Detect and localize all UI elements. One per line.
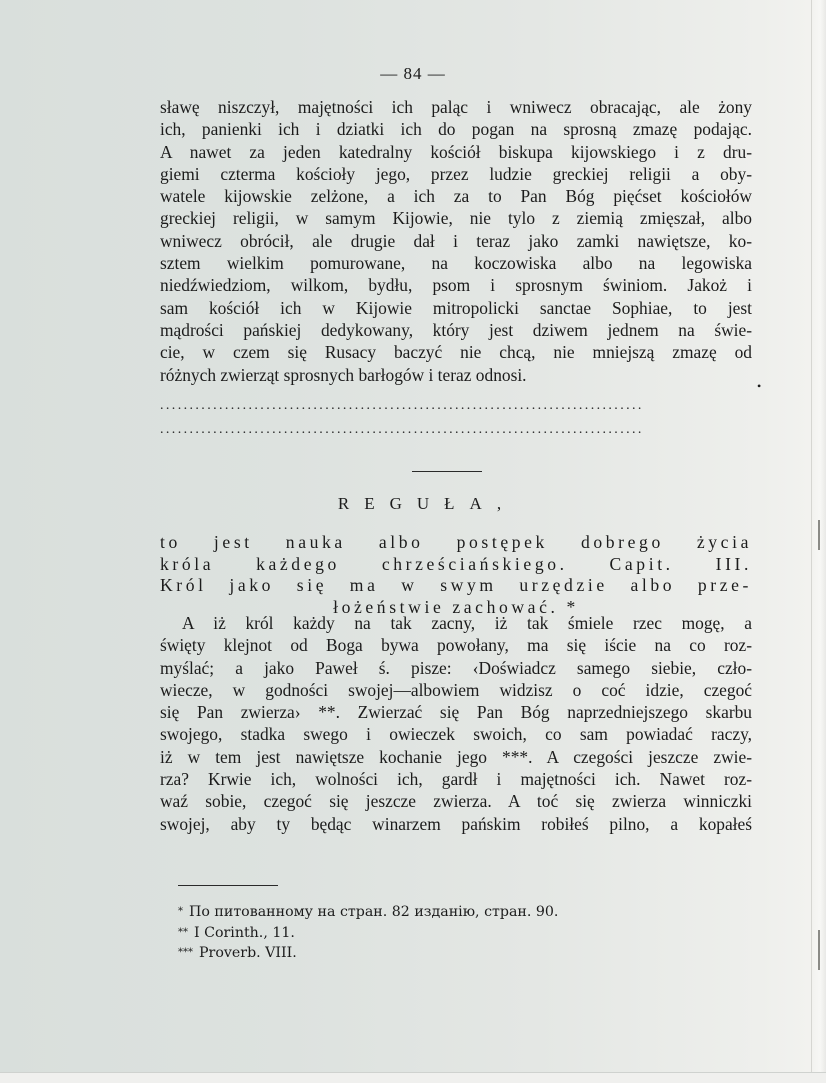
footnote: **I Corinth., 11. xyxy=(178,923,558,944)
footnote-mark: *** xyxy=(178,947,193,958)
text-line: giemi czterma kościoły jego, przez ludzi… xyxy=(160,163,752,185)
paragraph-continued: sławę niszczył, majętności ich paląc i w… xyxy=(160,96,752,386)
page-edge xyxy=(811,0,826,1083)
footnote: ***Proverb. VIII. xyxy=(178,943,558,964)
text-line: sztem wielkim pomurowane, na koczowiska … xyxy=(160,252,752,274)
subtitle-line: Król jako się ma w swym urzędzie albo pr… xyxy=(160,575,752,597)
text-line: rza? Krwie ich, wolności ich, gardł i ma… xyxy=(160,768,752,790)
footnotes: *По питованному на стран. 82 изданію, ст… xyxy=(178,902,558,964)
text-line: A iż król każdy na tak zacny, iż tak śmi… xyxy=(160,612,752,634)
bottom-edge xyxy=(0,1072,826,1083)
text-line: ich, panienki ich i dziatki ich do pogan… xyxy=(160,118,752,140)
footnote-text: Proverb. VIII. xyxy=(199,945,297,961)
ellipsis-line: ........................................… xyxy=(160,398,752,414)
text-line: wiecze, w godności swojej—albowiem widzi… xyxy=(160,679,752,701)
text-line: A nawet za jeden katedralny kościół bisk… xyxy=(160,141,752,163)
footnote: *По питованному на стран. 82 изданію, ст… xyxy=(178,902,558,923)
text-line: iż w tem jest nawiętsze kochanie jego **… xyxy=(160,746,752,768)
text-line: watele kijowskie zelżone, a ich za to Pa… xyxy=(160,185,752,207)
edge-mark xyxy=(818,520,820,550)
text-line: cie, w czem się Rusacy baczyć nie chcą, … xyxy=(160,341,752,363)
footnote-mark: * xyxy=(178,906,183,917)
edge-mark xyxy=(818,930,820,970)
section-divider xyxy=(412,471,482,472)
text-line: sam kościół ich w Kijowie mitropolicki s… xyxy=(160,297,752,319)
section-heading: REGUŁA, xyxy=(0,494,826,514)
footnote-divider xyxy=(178,885,278,886)
section-subtitle: to jest nauka albo postępek dobrego życi… xyxy=(160,532,752,618)
paragraph: A iż król każdy na tak zacny, iż tak śmi… xyxy=(160,612,752,835)
footnote-text: I Corinth., 11. xyxy=(194,925,295,941)
footnote-mark: ** xyxy=(178,927,188,938)
text-line: swojego, stadka swego i owieczek swoich,… xyxy=(160,723,752,745)
text-line: sławę niszczył, majętności ich paląc i w… xyxy=(160,96,752,118)
text-line: myślać; a jako Paweł ś. pisze: ‹Doświadc… xyxy=(160,657,752,679)
text-line: greckiej religii, w samym Kijowie, nie t… xyxy=(160,207,752,229)
text-line: się Pan zwierza› **. Zwierzać się Pan Bó… xyxy=(160,701,752,723)
text-line: różnych zwierząt sprosnych barłogów i te… xyxy=(160,364,752,386)
subtitle-line: króla każdego chrześciańskiego. Capit. I… xyxy=(160,554,752,576)
text-line: wniwecz obrócił, ale drugie dał i teraz … xyxy=(160,230,752,252)
stray-mark: • xyxy=(757,379,761,394)
subtitle-line: to jest nauka albo postępek dobrego życi… xyxy=(160,532,752,554)
text-line: święty klejnot od Boga bywa powołany, ma… xyxy=(160,634,752,656)
text-line: swojej, aby ty będąc winarzem pańskim ro… xyxy=(160,813,752,835)
text-line: waź sobie, czegoć się jeszcze zwierza. A… xyxy=(160,790,752,812)
text-line: niedźwiedziom, wilkom, bydłu, psom i spr… xyxy=(160,274,752,296)
footnote-text: По питованному на стран. 82 изданію, стр… xyxy=(189,904,558,920)
text-line: mądrości pańskiej dedykowany, który jest… xyxy=(160,319,752,341)
ellipsis-line: ........................................… xyxy=(160,422,752,438)
page-number: — 84 — xyxy=(0,64,826,84)
